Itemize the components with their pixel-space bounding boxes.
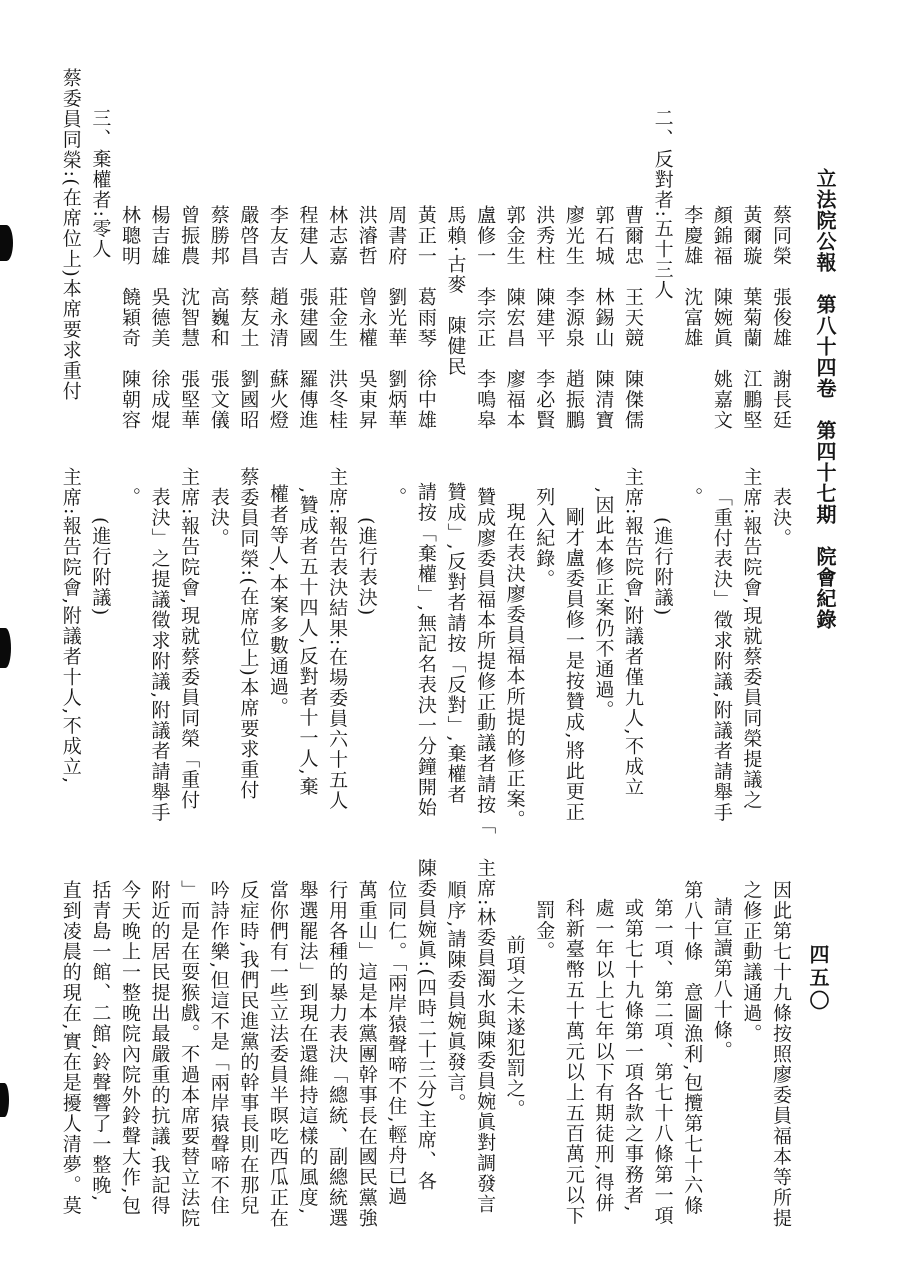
text-column: 權者等人,本案多數通過。	[262, 462, 292, 844]
text-column: 附近的居民提出最嚴重的抗議,我記得	[144, 855, 174, 1257]
text-column: 程建人 張建國 羅傳進	[292, 65, 322, 480]
text-column: 罰金。	[529, 855, 559, 1257]
text-column: 馬賴·古麥 陳健民	[440, 65, 470, 480]
text-column: 反症時,我們民進黨的幹事長則在那兒	[233, 855, 263, 1257]
text-column: 曹爾忠 王天競 陳傑儒	[617, 65, 647, 480]
text-column: ,贊成者五十四人,反對者十一人,棄	[292, 462, 322, 844]
text-column: 主席:報告院會,附議者十人,不成立,	[55, 462, 85, 844]
text-column: 行用各種的暴力表決「總統、副總統選	[322, 855, 352, 1257]
text-column: 前項之未遂犯罰之。	[499, 855, 529, 1257]
text-column: 嚴啓昌 蔡友土 劉國昭	[233, 65, 263, 480]
text-column: 主席:報告院會,現就蔡委員同榮「重付	[174, 462, 204, 844]
text-column: 請宣讀第八十條。	[706, 855, 736, 1257]
vote-name-list-section: 蔡同榮 張俊雄 謝長廷黃爾璇 葉菊蘭 江鵬堅顏錦福 陳婉眞 姚嘉文李慶雄 沈富雄…	[53, 65, 795, 480]
text-column: 主席:報告表決結果:在場委員六十五人	[322, 462, 352, 844]
text-column: 主席:報告院會,附議者僅九人,不成立	[617, 462, 647, 844]
text-column: 主席:林委員濁水與陳委員婉眞對調發言	[469, 855, 499, 1257]
text-column: 表決」之提議徵求附議,附議者請舉手	[144, 462, 174, 844]
page-header: 立法院公報 第八十四卷 第四十七期 院會紀錄	[810, 168, 840, 638]
text-column: 「重付表決」徵求附議,附議者請舉手	[706, 462, 736, 844]
text-column: 李友吉 趙永清 蘇火燈	[262, 65, 292, 480]
text-column: (進行附議)	[85, 462, 115, 844]
text-column: 現在表決廖委員福本所提的修正案。	[499, 462, 529, 844]
transcript-bottom-section: 因此第七十九條按照廖委員福本等所提之修正動議通過。請宣讀第八十條。第八十條 意圖…	[53, 855, 795, 1257]
text-column: (進行表決)	[351, 462, 381, 844]
text-column: 蔡同榮 張俊雄 謝長廷	[765, 65, 795, 480]
text-column: 請按「棄權」,無記名表決一分鐘開始	[410, 462, 440, 844]
text-column: 列入紀錄。	[529, 462, 559, 844]
text-column: 陳委員婉眞:(四時二十三分)主席、各	[410, 855, 440, 1257]
text-column: 。	[114, 462, 144, 844]
scan-artifact	[0, 1083, 9, 1117]
scan-artifact	[0, 628, 11, 668]
text-column: 」而是在耍猴戲。不過本席要替立法院	[174, 855, 204, 1257]
text-column: 吟詩作樂,但這不是「兩岸猿聲啼不住	[203, 855, 233, 1257]
gazette-page: 立法院公報 第八十四卷 第四十七期 院會紀錄 蔡同榮 張俊雄 謝長廷黃爾璇 葉菊…	[0, 0, 908, 1280]
text-column: 盧修一 李宗正 李鳴皋	[469, 65, 499, 480]
text-column: 剛才盧委員修一是按贊成,將此更正	[558, 462, 588, 844]
text-column: 位同仁。「兩岸猿聲啼不住,輕舟已過	[381, 855, 411, 1257]
text-column: 蔡委員同榮:(在席位上)本席要求重付	[55, 65, 85, 480]
text-column: 林聰明 饒穎奇 陳朝容	[114, 65, 144, 480]
text-column: 曾振農 沈智慧 張堅華	[174, 65, 204, 480]
text-column: 洪濬哲 曾永權 吳東昇	[351, 65, 381, 480]
text-column: 括青島一館、二館,鈴聲響了一整晚,	[85, 855, 115, 1257]
text-column: 顏錦福 陳婉眞 姚嘉文	[706, 65, 736, 480]
text-column: 處一年以上七年以下有期徒刑,得併	[588, 855, 618, 1257]
text-column: 郭金生 陳宏昌 廖福本	[499, 65, 529, 480]
transcript-middle-section: 表決。主席:報告院會,現就蔡委員同榮提議之「重付表決」徵求附議,附議者請舉手。(…	[53, 462, 795, 844]
scan-artifact	[0, 225, 13, 261]
text-column: ,因此本修正案仍不通過。	[588, 462, 618, 844]
text-column: 蔡勝邦 高巍和 張文儀	[203, 65, 233, 480]
text-column: 當你們有一些立法委員半暝吃西瓜正在	[262, 855, 292, 1257]
text-column: 第八十條 意圖漁利,包攬第七十六條	[677, 855, 707, 1257]
text-column: 第一項、第二項、第七十八條第一項	[647, 855, 677, 1257]
page-number: 四五〇	[803, 944, 833, 1034]
text-column: 科新臺幣五十萬元以上五百萬元以下	[558, 855, 588, 1257]
text-column: 贊成廖委員福本所提修正動議者請按「	[469, 462, 499, 844]
text-column: 。	[381, 462, 411, 844]
text-column: 舉選罷法」到現在還維持這樣的風度,	[292, 855, 322, 1257]
text-column: 直到凌晨的現在,實在是擾人清夢。莫	[55, 855, 85, 1257]
text-column: 。	[677, 462, 707, 844]
text-column: 表決。	[765, 462, 795, 844]
text-column: 或第七十九條第一項各款之事務者,	[617, 855, 647, 1257]
text-column: 林志嘉 莊金生 洪冬桂	[322, 65, 352, 480]
text-column: 李慶雄 沈富雄	[677, 65, 707, 480]
text-column: 廖光生 李源泉 趙振鵬	[558, 65, 588, 480]
text-column: 之修正動議通過。	[736, 855, 766, 1257]
text-column: 三、棄權者:零人	[85, 65, 115, 480]
text-column: 主席:報告院會,現就蔡委員同榮提議之	[736, 462, 766, 844]
text-column: (進行附議)	[647, 462, 677, 844]
text-column: 黃爾璇 葉菊蘭 江鵬堅	[736, 65, 766, 480]
text-column: 郭石城 林錫山 陳清寶	[588, 65, 618, 480]
text-column: 順序,請陳委員婉眞發言。	[440, 855, 470, 1257]
text-column: 表決。	[203, 462, 233, 844]
text-column: 二、反對者:五十三人	[647, 65, 677, 480]
text-column: 周書府 劉光華 劉炳華	[381, 65, 411, 480]
text-column: 洪秀柱 陳建平 李必賢	[529, 65, 559, 480]
text-column: 因此第七十九條按照廖委員福本等所提	[765, 855, 795, 1257]
text-column: 黃正一 葛雨琴 徐中雄	[410, 65, 440, 480]
text-column: 楊吉雄 吳德美 徐成焜	[144, 65, 174, 480]
text-column: 蔡委員同榮:(在席位上)本席要求重付	[233, 462, 263, 844]
text-column: 今天晚上一整晚院內院外鈴聲大作,包	[114, 855, 144, 1257]
text-column: 萬重山」這是本黨團幹事長在國民黨強	[351, 855, 381, 1257]
text-column: 贊成」,反對者請按「反對」,棄權者	[440, 462, 470, 844]
